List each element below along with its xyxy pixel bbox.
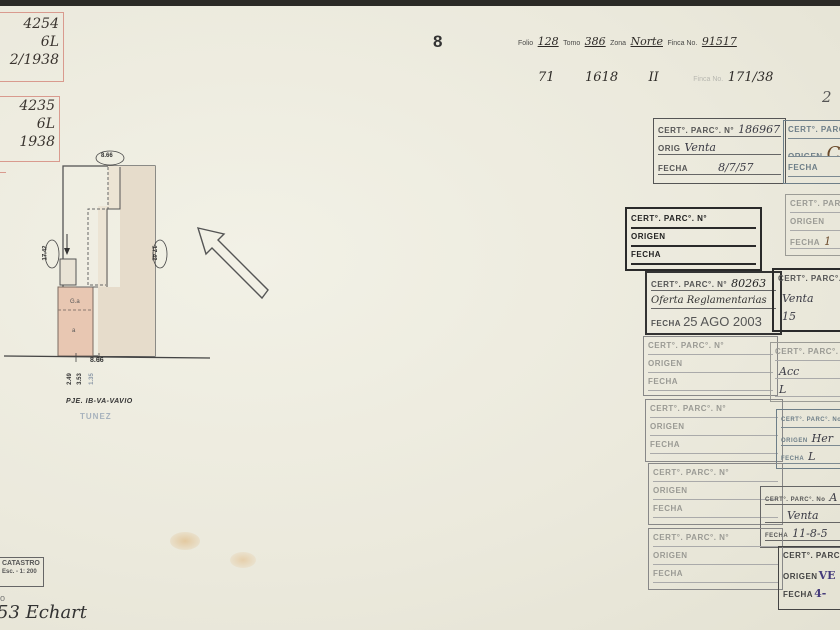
zona-label: Zona [610, 40, 626, 47]
cert-stamp-2: CERT°. PARC°. ORIGENC FECHA [783, 120, 840, 184]
cert-stamp-7: CERT°. PARC°. N° ORIGEN FECHA [643, 336, 778, 396]
line2-finca-label: Finca No. [693, 76, 723, 83]
cert-stamp-13: CERT°. PARC°. N° ORIGEN FECHA [648, 528, 783, 590]
line2-zona: II [649, 70, 659, 85]
header-line-2: 71 1618 II Finca No. 171/38 [538, 68, 773, 86]
folio-value: 128 [538, 35, 559, 48]
plan-top-dimension: 8.66 [101, 153, 113, 159]
finca-value: 91517 [702, 35, 737, 48]
catastro-title: CATASTRO [2, 559, 40, 568]
cert-stamp-3: CERT°. PARC°. N° ORIGEN FECHA [625, 207, 762, 271]
plan-sub-dim-2: 3.53 [77, 373, 83, 385]
cert-stamp-5: CERT°. PARC°. N°80263 Oferta Reglamentar… [645, 271, 782, 335]
cert-stamp-1: CERT°. PARC°. N°186967 ORIGVenta FECHA8/… [653, 118, 786, 184]
cert-stamp-8: CERT°. PARC°. Acc L [770, 342, 840, 402]
cadastral-document-sheet: 4254 6L 2/1938 4235 6L 1938 8 Folio 128 … [0, 6, 840, 630]
plan-left-dimension: 17.42 [43, 245, 49, 260]
room-label-ga: G.a [70, 299, 80, 305]
stain [230, 552, 256, 568]
cert-stamp-9: CERT°. PARC°. N° ORIGEN FECHA [645, 399, 783, 462]
folio-label: Folio [518, 40, 533, 47]
registry-box-2-line2: 6L [0, 117, 59, 132]
street-note: TUNEZ [80, 412, 112, 421]
cert-stamp-6: CERT°. PARC°. Venta 15 [772, 268, 840, 332]
north-arrow-icon [190, 218, 280, 308]
street-name: PJE. IB-VA-VAVIO [66, 398, 133, 405]
zona-value: Norte [631, 35, 663, 48]
line2-folio: 71 [538, 70, 555, 85]
room-label-a: a [72, 328, 75, 334]
plan-right-dimension: 17.42 [151, 245, 157, 260]
finca-label: Finca No. [667, 40, 697, 47]
registry-box-1-line1: 4254 [0, 17, 63, 32]
page-number: 8 [433, 32, 442, 52]
registry-box-1: 4254 6L 2/1938 [0, 12, 64, 82]
plan-sub-dim-3: 1.35 [89, 373, 95, 385]
tomo-label: Tomo [563, 40, 580, 47]
header-line-1: Folio 128 Tomo 386 Zona Norte Finca No. … [518, 32, 737, 50]
tomo-value: 386 [585, 35, 606, 48]
registry-box-1-line3: 2/1938 [0, 53, 63, 68]
catastro-scale: Esc. - 1: 200 [2, 568, 40, 577]
registry-box-2-line1: 4235 [0, 99, 59, 114]
catastro-stamp: CATASTRO Esc. - 1: 200 [0, 557, 44, 587]
corner-mark: 2 [822, 88, 832, 106]
footer-signature: 53 Echart [0, 602, 87, 623]
cert-stamp-14: CERT°. PARC ORIGENVE FECHA4- [778, 546, 840, 610]
cert-stamp-10: CERT°. PARC°. No ORIGENHer FECHAL [776, 409, 840, 469]
line2-tomo: 1618 [585, 70, 618, 85]
scan-top-edge [0, 0, 840, 6]
plan-bottom-dimension: 8.66 [90, 357, 104, 364]
line2-finca: 171/38 [728, 70, 774, 85]
cert-stamp-4: CERT°. PARC°. ORIGEN FECHA1 [785, 194, 840, 256]
plan-sub-dim-1: 2.49 [67, 373, 73, 385]
registry-box-1-line2: 6L [0, 35, 63, 50]
stain [170, 532, 200, 550]
